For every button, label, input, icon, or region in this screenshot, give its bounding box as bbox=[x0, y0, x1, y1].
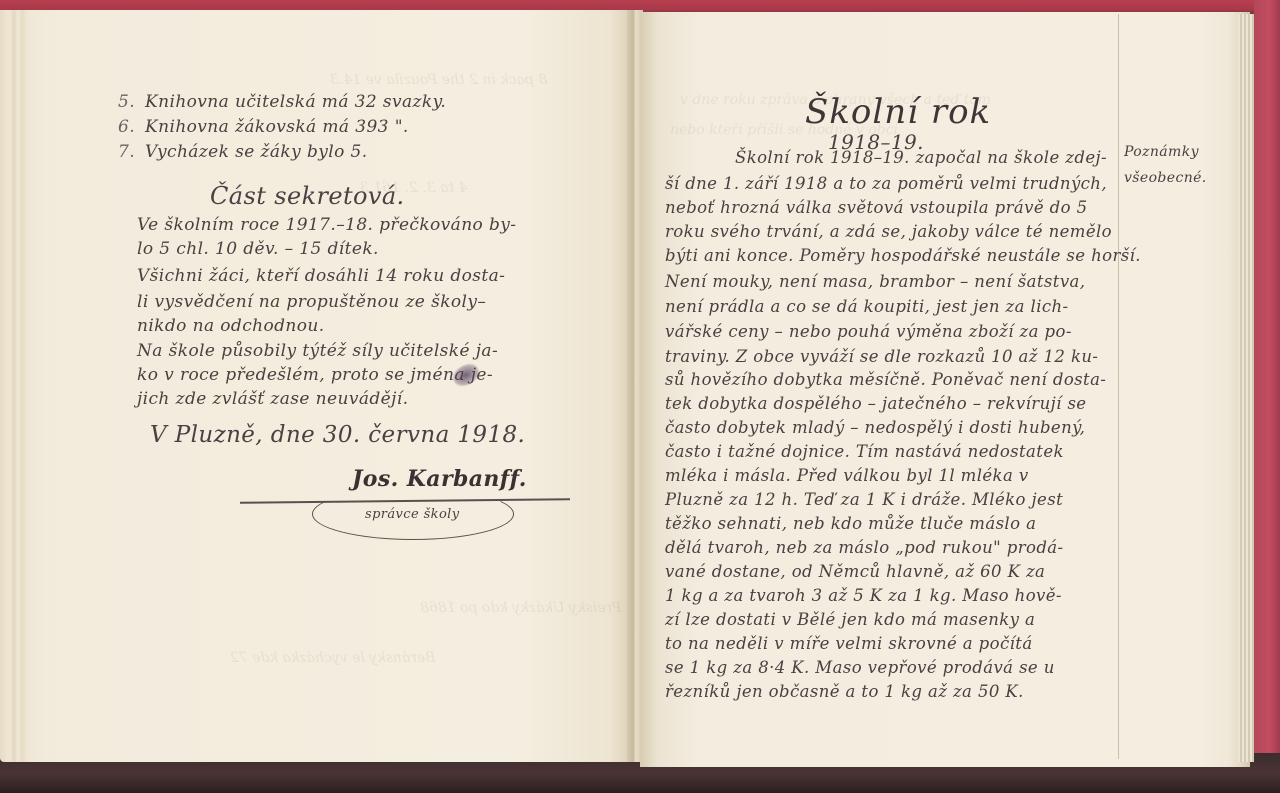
paragraph-line: nikdo na odchodnou. bbox=[137, 316, 325, 336]
body-line: vářské ceny – nebo pouhá výměna zboží za… bbox=[665, 322, 1072, 341]
body-line: vané dostane, od Němců hlavně, až 60 K z… bbox=[665, 562, 1045, 581]
paragraph-line: Všichni žáci, kteří dosáhli 14 roku dost… bbox=[137, 266, 505, 286]
body-line: 1 kg a za tvaroh 3 až 5 K za 1 kg. Maso … bbox=[665, 586, 1062, 605]
list-item: 7.Vycházek se žáky bylo 5. bbox=[118, 142, 368, 162]
list-item: 6.Knihovna žákovská má 393 ". bbox=[118, 117, 409, 137]
body-line: se 1 kg za 8·4 K. Maso vepřové prodává s… bbox=[665, 658, 1055, 677]
paragraph-line: ko v roce předešlém, proto se jména je- bbox=[137, 365, 493, 385]
body-line: roku svého trvání, a zdá se, jakoby válc… bbox=[665, 222, 1112, 241]
list-item: 5.Knihovna učitelská má 32 svazky. bbox=[118, 92, 446, 112]
paragraph-line: li vysvědčení na propuštěnou ze školy– bbox=[137, 292, 486, 312]
page-title: Školní rok bbox=[805, 92, 991, 132]
section-heading: Část sekretová. bbox=[210, 182, 405, 210]
place-date: V Pluzně, dne 30. června 1918. bbox=[150, 422, 525, 448]
left-page: 8 pack in 2 the Pouzíla ve 14.3 4 ta 3. … bbox=[0, 10, 635, 762]
body-line: sů hovězího dobytka měsíčně. Poněvač nen… bbox=[665, 370, 1106, 389]
body-line: Školní rok 1918–19. započal na škole zde… bbox=[735, 148, 1107, 167]
paragraph-line: lo 5 chl. 10 děv. – 15 dítek. bbox=[137, 239, 379, 259]
body-line: není prádla a co se dá koupiti, jest jen… bbox=[665, 297, 1069, 316]
margin-rule bbox=[1118, 14, 1119, 759]
paragraph-line: Ve školním roce 1917.–18. přečkováno by- bbox=[137, 215, 516, 235]
margin-note-line: Poznámky bbox=[1124, 144, 1199, 160]
body-line: řezníků jen občasně a to 1 kg až za 50 K… bbox=[665, 682, 1024, 701]
body-line: zí lze dostati v Bělé jen kdo má masenky… bbox=[665, 610, 1035, 629]
body-line: často i tažné dojnice. Tím nastává nedos… bbox=[665, 442, 1064, 461]
body-line: býti ani konce. Poměry hospodářské neust… bbox=[665, 246, 1141, 265]
body-line: často dobytek mladý – nedospělý i dosti … bbox=[665, 418, 1085, 437]
body-line: tek dobytka dospělého – jatečného – rekv… bbox=[665, 394, 1086, 413]
body-line: Není mouky, není masa, brambor – není ša… bbox=[665, 272, 1085, 291]
paragraph-line: jich zde zvlášť zase neuvádějí. bbox=[137, 389, 408, 409]
body-line: neboť hrozná válka světová vstoupila prá… bbox=[665, 198, 1088, 217]
body-line: dělá tvaroh, neb za máslo „pod rukou" pr… bbox=[665, 538, 1064, 557]
body-line: to na neděli v míře velmi skrovné a počí… bbox=[665, 634, 1033, 653]
page-edges bbox=[1238, 14, 1254, 762]
body-line: traviny. Z obce vyváží se dle rozkazů 10… bbox=[665, 347, 1098, 366]
body-line: ší dne 1. září 1918 a to za poměrů velmi… bbox=[665, 174, 1107, 193]
signature-title: správce školy bbox=[365, 507, 460, 522]
body-line: Pluzně za 12 h. Teď za 1 K i dráže. Mlék… bbox=[665, 490, 1063, 509]
body-line: těžko sehnati, neb kdo může tluče máslo … bbox=[665, 514, 1036, 533]
body-line: mléka i másla. Před válkou byl 1l mléka … bbox=[665, 466, 1029, 485]
paragraph-line: Na škole působily týtéž síly učitelské j… bbox=[137, 341, 498, 361]
margin-note-line: všeobecné. bbox=[1124, 170, 1207, 186]
book-cover-right bbox=[1254, 0, 1280, 793]
